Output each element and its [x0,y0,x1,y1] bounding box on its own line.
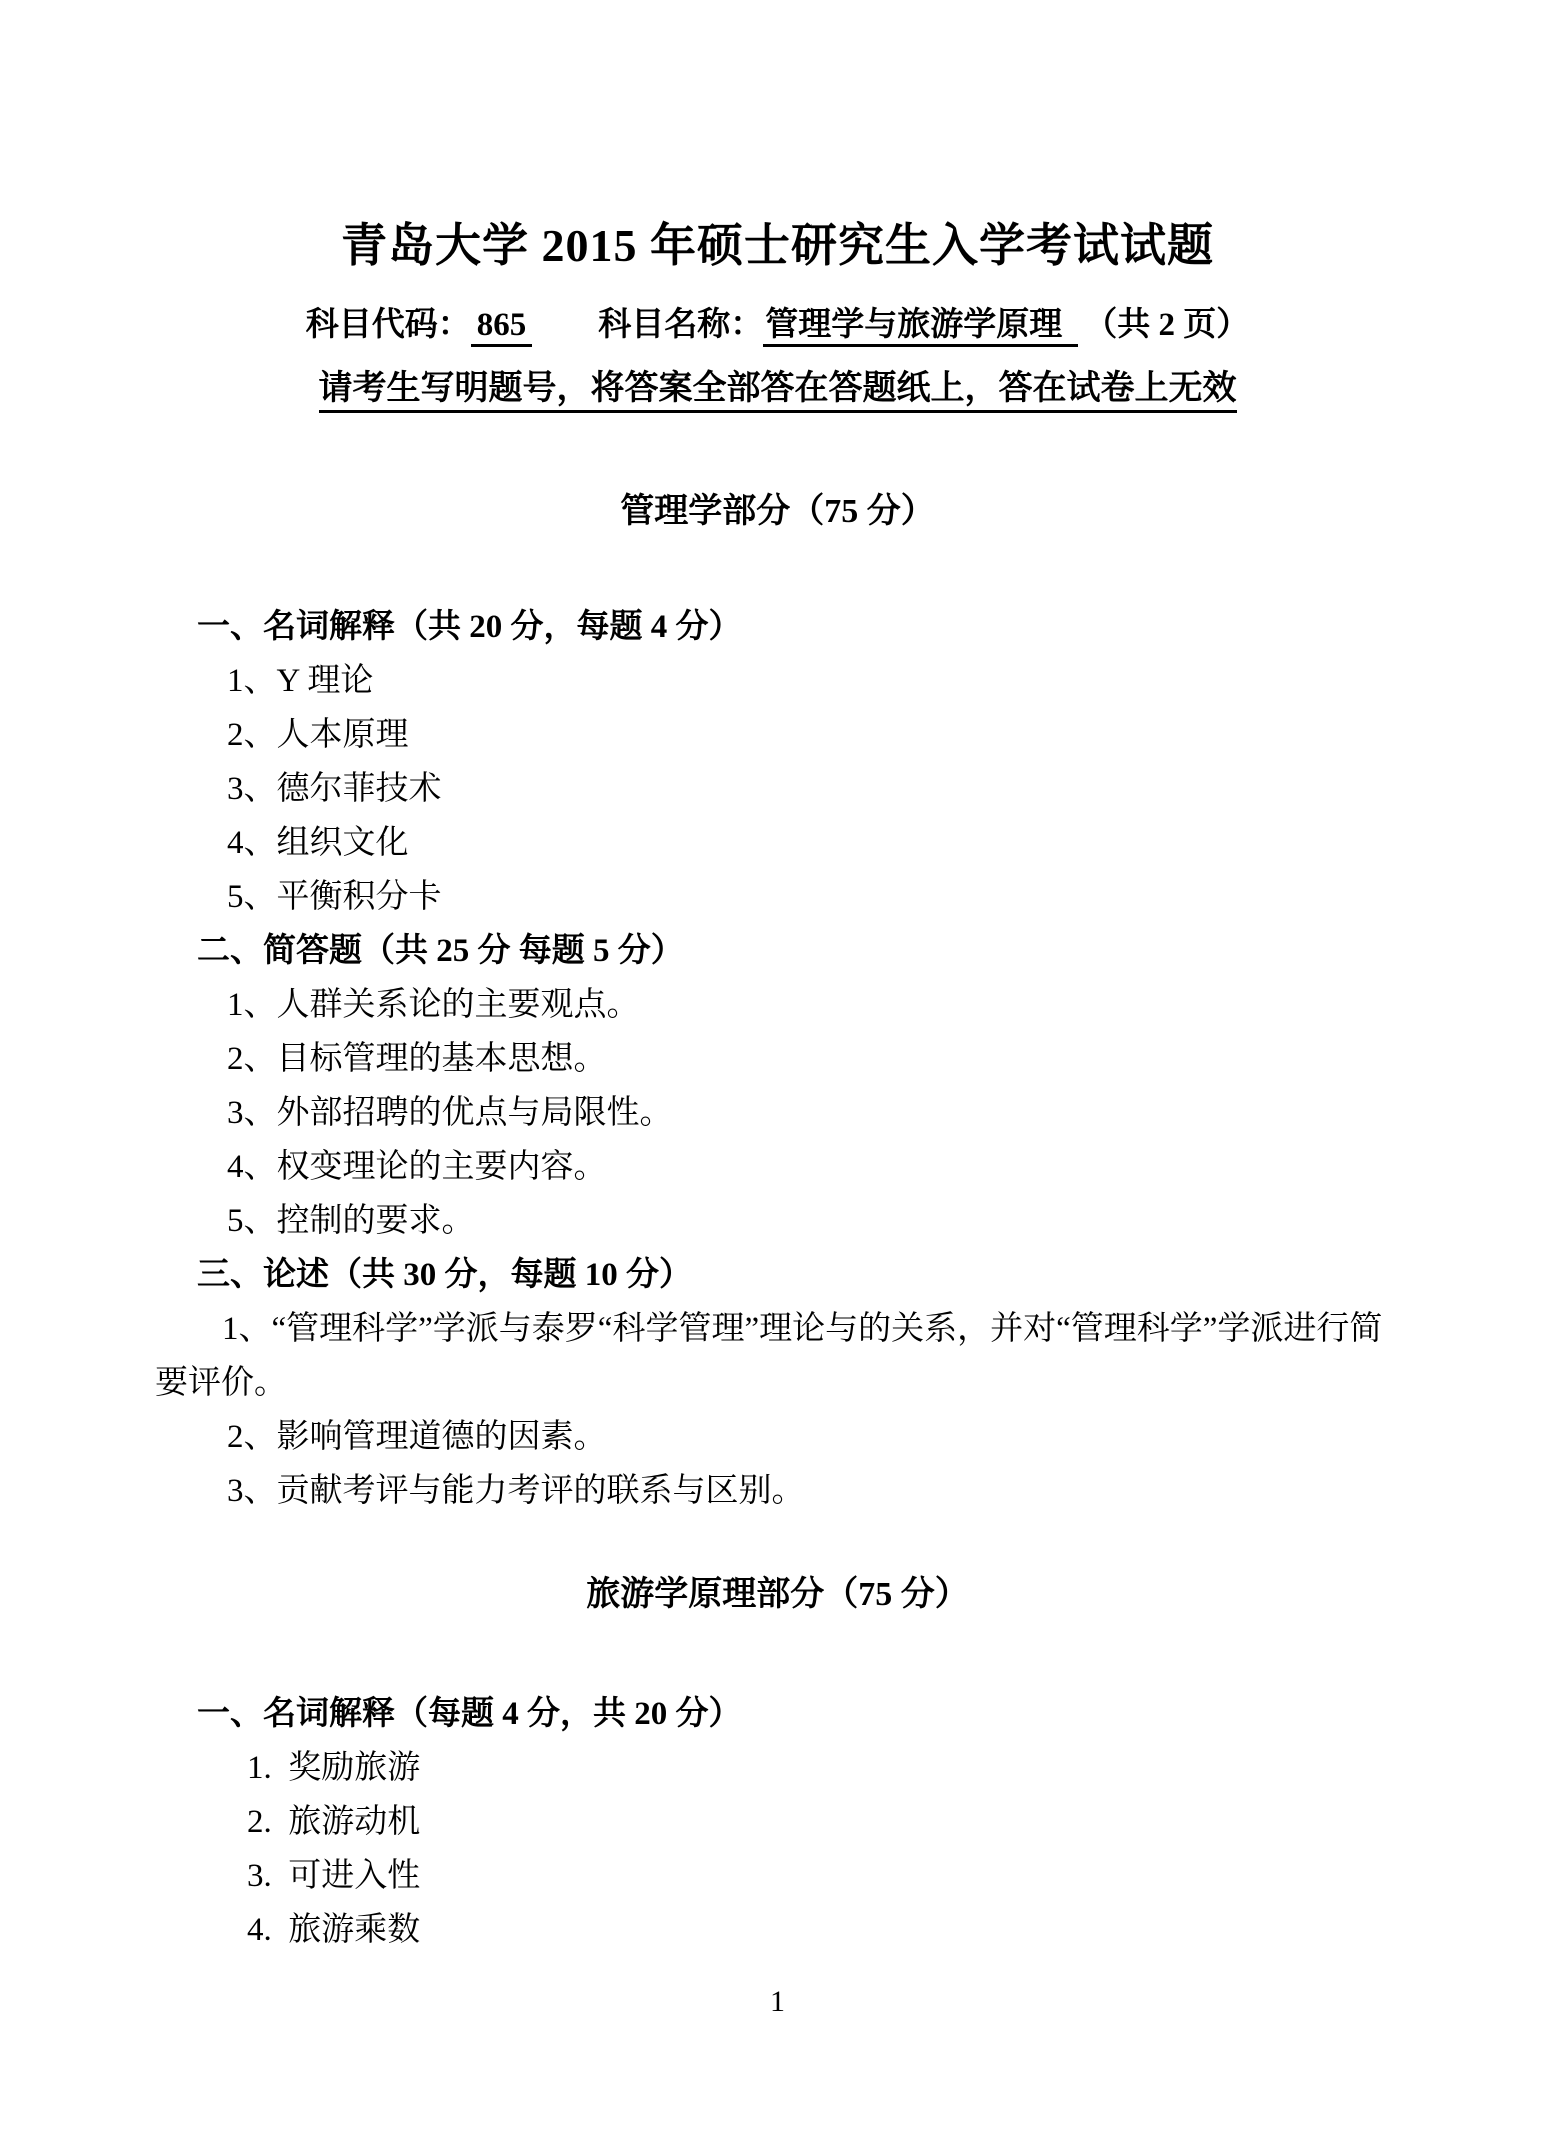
subject-name-label: 科目名称： [598,307,763,343]
mgmt-q1-item-3: 3、德尔菲技术 [227,762,1400,816]
mgmt-q2-header: 二、简答题（共 25 分 每题 5 分） [197,924,1400,978]
section-title-management: 管理学部分（75 分） [155,490,1400,534]
tour-q1-item-2: 2. 旅游动机 [247,1795,1400,1849]
mgmt-q2-item-1: 1、人群关系论的主要观点。 [227,978,1400,1032]
mgmt-q1-item-4: 4、组织文化 [227,816,1400,870]
tour-q1-item-3: 3. 可进入性 [247,1849,1400,1903]
subject-name-value: 管理学与旅游学原理 [763,307,1078,347]
page-content: 青岛大学 2015 年硕士研究生入学考试试题 科目代码：865科目名称：管理学与… [0,0,1551,2019]
mgmt-q3-item-2: 2、影响管理道德的因素。 [227,1410,1400,1464]
tour-q1-item-1: 1. 奖励旅游 [247,1741,1400,1795]
mgmt-q2-item-2: 2、目标管理的基本思想。 [227,1032,1400,1086]
instruction-row: 请考生写明题号，将答案全部答在答题纸上，答在试卷上无效 [155,368,1400,413]
mgmt-q1-header: 一、名词解释（共 20 分，每题 4 分） [197,600,1400,654]
mgmt-q3-item-3: 3、贡献考评与能力考评的联系与区别。 [227,1464,1400,1518]
exam-paper-page: 青岛大学 2015 年硕士研究生入学考试试题 科目代码：865科目名称：管理学与… [0,0,1551,2151]
pages-note: （共 2 页） [1078,307,1249,343]
subject-info-line: 科目代码：865科目名称：管理学与旅游学原理（共 2 页） [155,303,1400,347]
exam-instruction: 请考生写明题号，将答案全部答在答题纸上，答在试卷上无效 [319,368,1237,413]
subject-code-label: 科目代码： [306,307,471,343]
section-title-tourism: 旅游学原理部分（75 分） [155,1573,1400,1617]
mgmt-q1-item-1: 1、Y 理论 [227,654,1400,708]
mgmt-q2-item-5: 5、控制的要求。 [227,1194,1400,1248]
mgmt-q2-item-4: 4、权变理论的主要内容。 [227,1140,1400,1194]
subject-code-value: 865 [471,307,533,347]
mgmt-q2-item-3: 3、外部招聘的优点与局限性。 [227,1086,1400,1140]
page-number: 1 [155,1985,1400,2019]
tour-q1-header: 一、名词解释（每题 4 分，共 20 分） [197,1687,1400,1741]
tour-q1-item-4: 4. 旅游乘数 [247,1903,1400,1957]
mgmt-q3-header: 三、论述（共 30 分，每题 10 分） [197,1248,1400,1302]
mgmt-q1-item-5: 5、平衡积分卡 [227,870,1400,924]
mgmt-q1-item-2: 2、人本原理 [227,708,1400,762]
document-title: 青岛大学 2015 年硕士研究生入学考试试题 [155,218,1400,274]
mgmt-q3-item-1: 1、“管理科学”学派与泰罗“科学管理”理论与的关系，并对“管理科学”学派进行简要… [155,1302,1400,1410]
